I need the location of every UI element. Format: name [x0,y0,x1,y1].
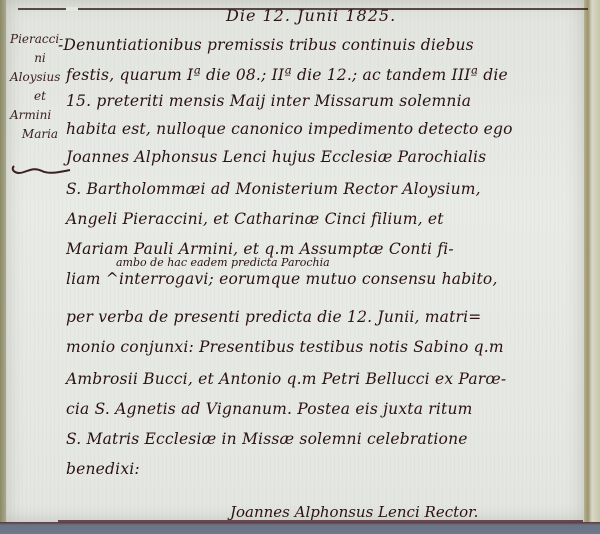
interlinear-insertion: ambo de hac eadem predicta Parochia [116,256,330,269]
page-right-edge [584,0,600,534]
margin-note-line: Armini [10,106,70,125]
entry-line: cia S. Agnetis ad Vignanum. Postea eis j… [66,400,473,418]
entry-line: habita est, nulloque canonico impediment… [66,120,513,138]
margin-note-line: Maria [10,125,70,144]
top-rule-gap [66,7,78,11]
margin-flourish-icon [10,164,72,176]
entry-line: Ambrosii Bucci, et Antonio q.m Petri Bel… [66,370,506,388]
entry-line: -Denuntiationibus premissis tribus conti… [58,36,474,54]
entry-line: S. Matris Ecclesiæ in Missæ solemni cele… [66,430,468,448]
margin-note-line: Aloysius [10,68,70,87]
entry-line: benedixi: [66,460,140,478]
entry-line: liam ^interrogavi; eorumque mutuo consen… [66,270,498,288]
entry-line: festis, quarum Iª die 08.; IIª die 12.; … [66,66,508,84]
entry-line: S. Bartholommæi ad Monisterium Rector Al… [66,180,481,198]
margin-note-line: et [10,87,70,106]
entry-line: Angeli Pieraccini, et Catharinæ Cinci fi… [66,210,444,228]
entry-line: 15. preteriti mensis Maij inter Missarum… [66,92,471,110]
entry-line: monio conjunxi: Presentibus testibus not… [66,338,504,356]
entry-line: Joannes Alphonsus Lenci hujus Ecclesiæ P… [66,148,486,166]
page-bottom-edge [0,522,600,534]
entry-line: per verba de presenti predicta die 12. J… [66,308,482,326]
rector-signature: Joannes Alphonsus Lenci Rector. [230,503,478,521]
bottom-rule-line [58,520,583,522]
date-heading: Die 12. Junii 1825. [226,6,396,25]
